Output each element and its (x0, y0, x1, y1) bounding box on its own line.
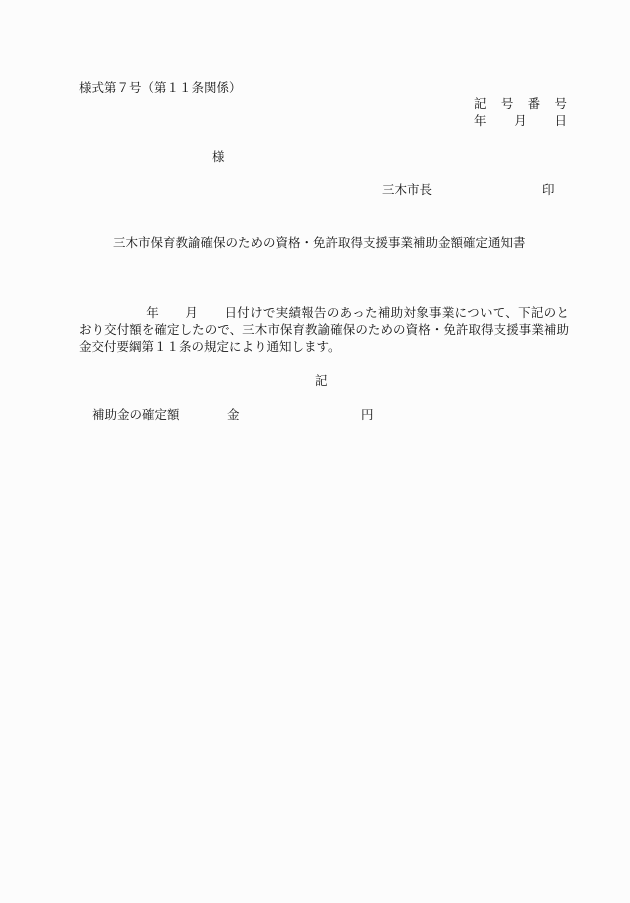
ki-heading: 記 (315, 373, 328, 389)
amount-label: 補助金の確定額 (92, 407, 180, 423)
reference-char: 号 (554, 96, 567, 112)
reference-char: 号 (501, 96, 514, 112)
document-page: { "document": { "form_id": "様式第７号（第１１条関係… (0, 0, 630, 903)
addressee-honorific: 様 (212, 149, 225, 165)
document-title: 三木市保育教諭確保のための資格・免許取得支援事業補助金額確定通知書 (113, 234, 543, 251)
body-year: 年 (146, 305, 159, 320)
reference-number: 記 号 番 号 (474, 96, 567, 112)
issue-date: 年 月 日 (474, 113, 567, 129)
date-day: 日 (554, 113, 567, 129)
form-number: 様式第７号（第１１条関係） (79, 80, 242, 96)
issuer-name: 三木市長 (382, 182, 432, 198)
reference-char: 番 (528, 96, 541, 112)
date-year: 年 (474, 113, 487, 129)
reference-char: 記 (474, 96, 487, 112)
amount-prefix: 金 (227, 407, 240, 423)
reference-block: 記 号 番 号 年 月 日 (474, 96, 567, 129)
seal-mark: 印 (542, 182, 555, 198)
body-month: 月 (185, 305, 198, 320)
date-month: 月 (514, 113, 527, 129)
amount-suffix: 円 (361, 407, 374, 423)
body-paragraph: 年月日付けで実績報告のあった補助対象事業について、下記のとおり交付額を確定したの… (79, 304, 569, 355)
